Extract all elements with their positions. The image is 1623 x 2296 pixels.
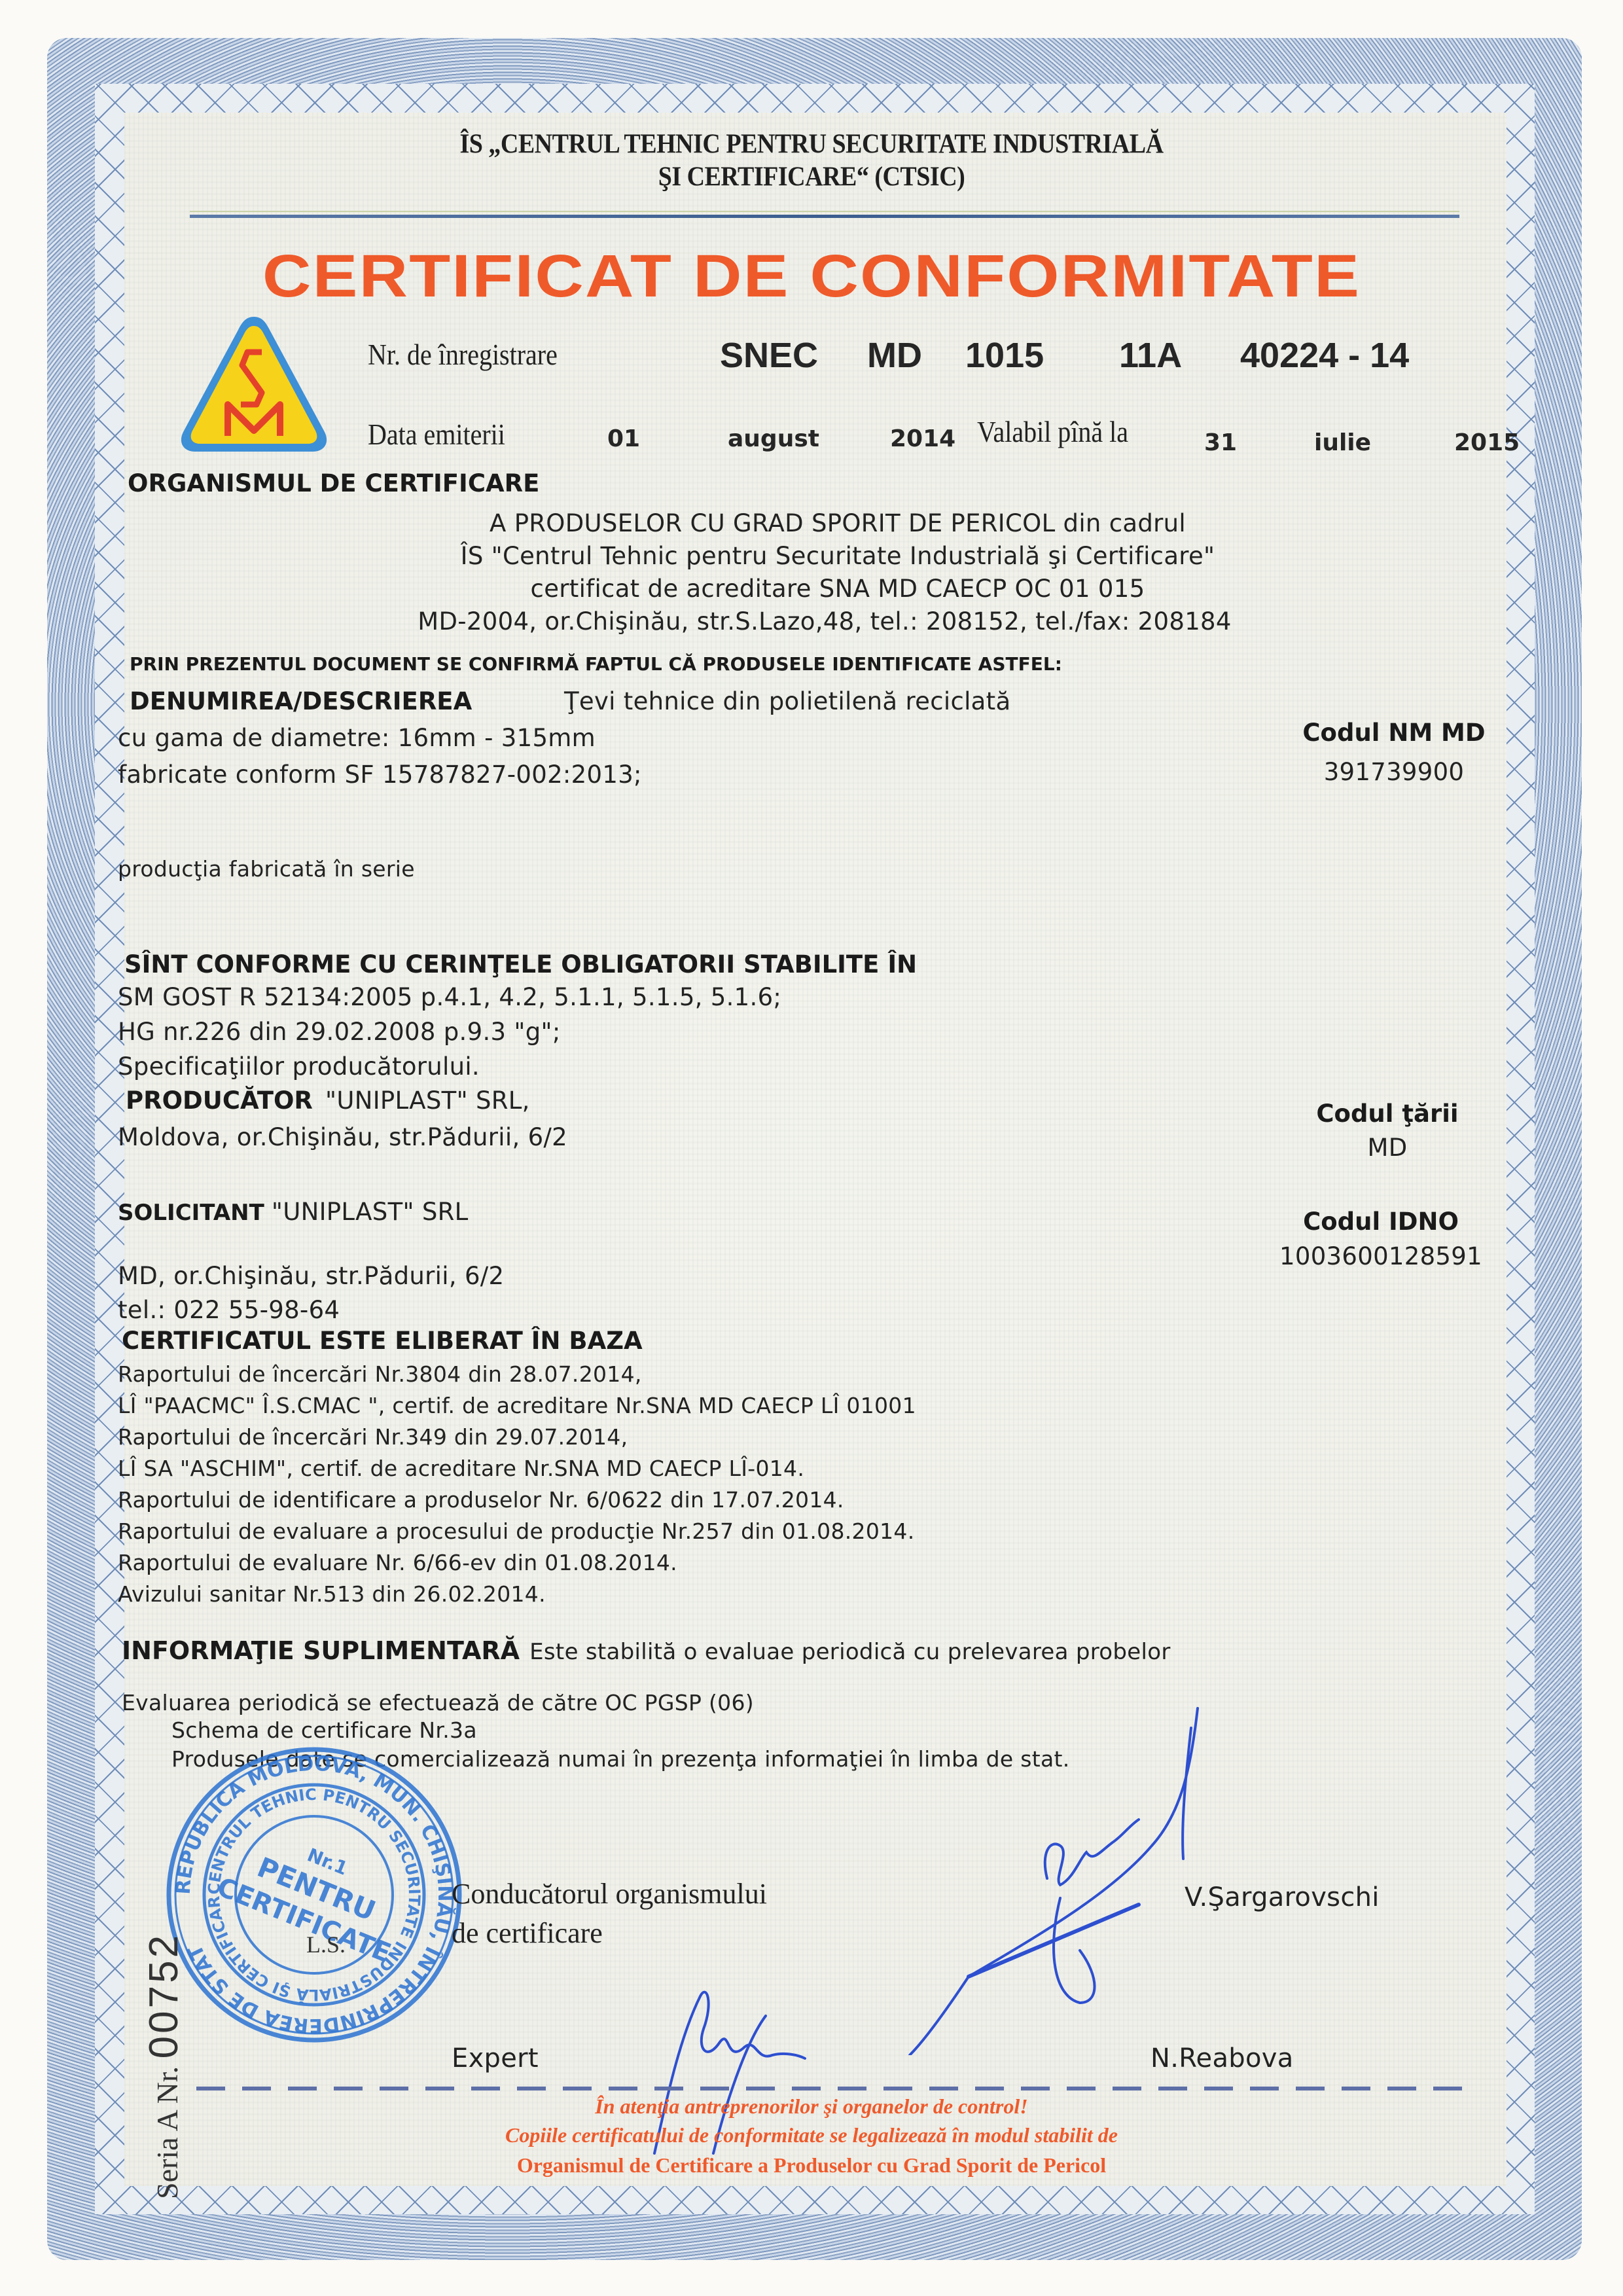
sm-triangle-logo-icon (175, 313, 332, 456)
nm-code-label: Codul NM MD (1257, 719, 1531, 747)
idno-label: Codul IDNO (1243, 1208, 1518, 1236)
valid-until-label: Valabil pînă la (977, 414, 1128, 449)
valid-year: 2015 (1454, 429, 1520, 456)
producer-label: PRODUCĂTOR (126, 1086, 313, 1115)
issue-day: 01 (607, 425, 640, 452)
certification-body-line-1: A PRODUSELOR CU GRAD SPORIT DE PERICOL d… (0, 509, 1623, 537)
basis-item-5: Raportului de identificare a produselor … (118, 1487, 844, 1513)
expert-name: N.Reabova (1150, 2043, 1294, 2073)
additional-info-line: INFORMAŢIE SUPLIMENTARĂ Este stabilită o… (122, 1636, 1171, 1665)
country-code-value: MD (1257, 1134, 1518, 1162)
producer-name: "UNIPLAST" SRL, (325, 1086, 530, 1115)
footer-attention-line: În atenţia antreprenorilor şi organelor … (0, 2094, 1623, 2119)
applicant-line: SOLICITANT "UNIPLAST" SRL (118, 1198, 469, 1226)
basis-item-7: Raportului de evaluare Nr. 6/66-ev din 0… (118, 1550, 677, 1575)
footer-copies-notice: Copiile certificatului de conformitate s… (0, 2123, 1623, 2147)
certification-scheme: Schema de certificare Nr.3a (171, 1717, 477, 1743)
additional-info-label: INFORMAŢIE SUPLIMENTARĂ (122, 1636, 520, 1665)
issue-year: 2014 (890, 425, 955, 452)
certification-body-accreditation: certificat de acreditare SNA MD CAECP OC… (0, 575, 1623, 603)
conformity-standard-3: Specificaţiilor producătorului. (118, 1052, 480, 1081)
ls-mark: L.S. (306, 1931, 346, 1958)
registration-label: Nr. de înregistrare (368, 336, 558, 372)
head-of-body-label-2: de certificare (452, 1916, 603, 1950)
footer-organism-name: Organismul de Certificare a Produselor c… (0, 2153, 1623, 2178)
producer-address: Moldova, or.Chişinău, str.Pădurii, 6/2 (118, 1123, 567, 1151)
applicant-address: MD, or.Chişinău, str.Pădurii, 6/2 (118, 1262, 504, 1290)
valid-day: 31 (1204, 429, 1237, 456)
conformity-standard-1: SM GOST R 52134:2005 p.4.1, 4.2, 5.1.1, … (118, 983, 781, 1011)
certification-body-line-2: ÎS "Centrul Tehnic pentru Securitate Ind… (0, 542, 1623, 570)
header-divider (190, 215, 1459, 218)
registration-part-number: 40224 - 14 (1240, 335, 1409, 376)
nm-code-value: 391739900 (1257, 758, 1531, 786)
basis-item-3: Raportului de încercări Nr.349 din 29.07… (118, 1424, 628, 1450)
basis-item-4: LÎ SA "ASCHIM", certif. de acreditare Nr… (118, 1456, 804, 1481)
basis-item-8: Avizului sanitar Nr.513 din 26.02.2014. (118, 1581, 546, 1607)
serial-number-value: 00752 (141, 1933, 187, 2058)
product-description-line-3: fabricate conform SF 15787827-002:2013; (118, 761, 642, 789)
expert-label: Expert (452, 2043, 539, 2073)
conformity-heading: SÎNT CONFORME CU CERINŢELE OBLIGATORII S… (124, 950, 917, 978)
producer-line: PRODUCĂTOR "UNIPLAST" SRL, (126, 1086, 530, 1115)
registration-part-country: MD (867, 335, 922, 376)
issue-date-label: Data emiterii (368, 416, 505, 452)
product-description-line-2: cu gama de diametre: 16mm - 315mm (118, 724, 596, 752)
basis-item-1: Raportului de încercări Nr.3804 din 28.0… (118, 1361, 642, 1387)
registration-part-code: 11A (1119, 335, 1182, 376)
certificate-title: CERTIFICAT DE CONFORMITATE (0, 242, 1623, 311)
applicant-name: "UNIPLAST" SRL (272, 1198, 469, 1226)
certification-body-heading: ORGANISMUL DE CERTIFICARE (128, 469, 539, 497)
certification-body-address: MD-2004, or.Chişinău, str.S.Lazo,48, tel… (0, 607, 1623, 636)
header-divider-accent (190, 211, 1459, 212)
head-of-body-label-1: Conducătorul organismului (452, 1877, 767, 1910)
basis-item-6: Raportului de evaluare a procesului de p… (118, 1518, 915, 1544)
confirmation-statement: PRIN PREZENTUL DOCUMENT SE CONFIRMĂ FAPT… (130, 653, 1062, 675)
country-code-label: Codul ţării (1257, 1100, 1518, 1128)
product-description-line-1: Ţevi tehnice din polietilenă reciclată (564, 687, 1010, 715)
conformity-standard-2: HG nr.226 din 29.02.2008 p.9.3 "g"; (118, 1018, 561, 1046)
idno-value: 1003600128591 (1230, 1242, 1531, 1270)
issuer-org-line-1: ÎS „CENTRUL TEHNIC PENTRU SECURITATE IND… (0, 128, 1623, 160)
registration-part-series: SNEC (720, 335, 818, 376)
additional-info-text: Este stabilită o evaluae periodică cu pr… (529, 1639, 1171, 1665)
product-label: DENUMIREA/DESCRIEREA (130, 687, 472, 715)
basis-heading: CERTIFICATUL ESTE ELIBERAT ÎN BAZA (122, 1327, 643, 1355)
basis-item-2: LÎ "PAACMC" Î.S.CMAC ", certif. de acred… (118, 1393, 916, 1418)
issuer-org-line-2: ŞI CERTIFICARE“ (CTSIC) (0, 160, 1623, 192)
footer-dashed-divider (196, 2087, 1472, 2090)
valid-month: iulie (1314, 429, 1371, 456)
registration-part-body: 1015 (965, 335, 1044, 376)
official-stamp-icon: REPUBLICA MOLDOVA, MUN. CHIŞINĂU, ÎNTREP… (160, 1741, 468, 2049)
periodic-evaluation: Evaluarea periodică se efectuează de căt… (122, 1690, 754, 1715)
applicant-phone: tel.: 022 55-98-64 (118, 1296, 340, 1324)
production-type: producţia fabricată în serie (118, 856, 415, 882)
applicant-label: SOLICITANT (118, 1200, 264, 1226)
issue-month: august (728, 425, 819, 452)
